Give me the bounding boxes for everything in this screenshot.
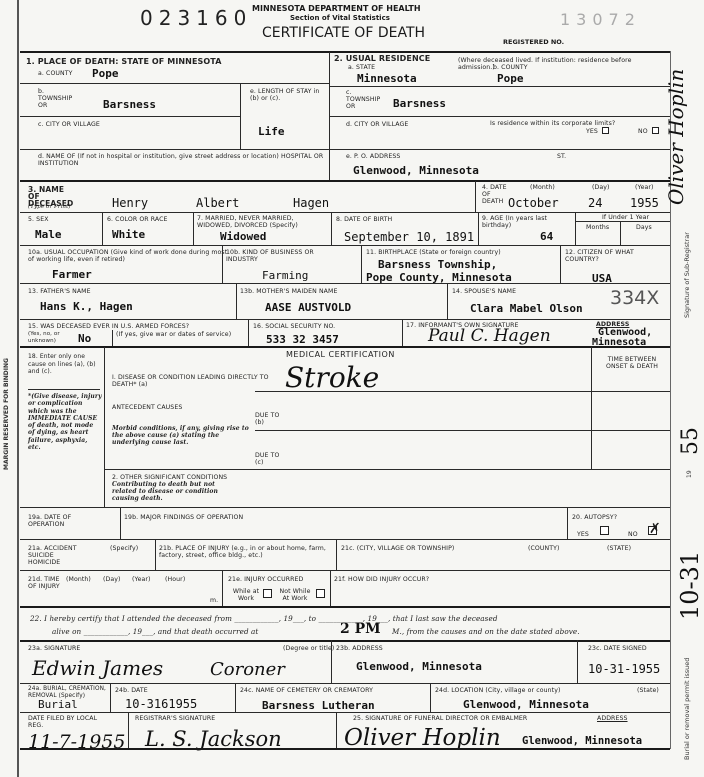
divider: [336, 539, 337, 570]
divider: [336, 712, 337, 748]
date-filed-label: DATE FILED BY LOCAL REG.: [28, 715, 106, 729]
certification-line1: 22. I hereby certify that I attended the…: [30, 615, 498, 622]
divider: [620, 221, 621, 245]
po-address-label: e. P. O. ADDRESS: [346, 153, 400, 160]
age-value: 64: [540, 230, 553, 243]
corporate-limits-label: Is residence within its corporate limits…: [490, 120, 615, 127]
divider: [361, 245, 362, 283]
occupation-value: Farmer: [52, 268, 92, 281]
funeral-address-value: Glenwood, Minnesota: [522, 735, 642, 747]
residence-note: (Where deceased lived. If institution: r…: [458, 57, 668, 71]
while-at-work-label: While at Work: [230, 588, 262, 602]
divider: [102, 212, 103, 245]
sub-registrar-signature: Oliver Hoplin: [664, 69, 688, 205]
po-address-value: Glenwood, Minnesota: [353, 164, 479, 177]
middle-name-value: Albert: [196, 196, 239, 210]
ssn-label: 16. SOCIAL SECURITY NO.: [253, 323, 335, 330]
divider: [193, 212, 194, 245]
divider: [430, 683, 431, 712]
rule: [329, 86, 670, 87]
time-onset-label: TIME BETWEEN ONSET & DEATH: [596, 356, 668, 370]
residence-township-value: Barsness: [393, 97, 446, 110]
rule: [104, 469, 670, 470]
autopsy-label: 20. AUTOPSY?: [572, 514, 617, 521]
county-label: a. COUNTY: [38, 70, 73, 77]
rule: [20, 212, 670, 213]
rule: [20, 570, 670, 571]
rule: [20, 319, 670, 320]
while-at-work-checkbox[interactable]: [263, 589, 272, 598]
death-township-value: Barsness: [103, 98, 156, 111]
cert-address-value: Glenwood, Minnesota: [356, 660, 482, 673]
autopsy-no-label: NO: [628, 531, 638, 538]
date-signed-value: 10-31-1955: [588, 662, 660, 676]
res-city-label: d. CITY OR VILLAGE: [346, 121, 408, 128]
city-label: c. CITY OR VILLAGE: [38, 121, 100, 128]
signature-label: 23a. SIGNATURE: [28, 645, 80, 652]
funeral-director-label: 25. SIGNATURE OF FUNERAL DIRECTOR OR EMB…: [353, 715, 527, 722]
no-label: NO: [638, 128, 648, 135]
cause-a-value: Stroke: [285, 361, 379, 394]
accident-label: 21a. ACCIDENT SUICIDE HOMICIDE: [28, 545, 78, 566]
marital-value: Widowed: [220, 230, 266, 243]
injury-how-label: 21f. HOW DID INJURY OCCUR?: [334, 576, 429, 583]
divider: [222, 570, 223, 606]
divider: [240, 83, 241, 149]
certificate-number: 023160: [140, 6, 252, 30]
rule: [20, 346, 670, 348]
injury-hour-label: (Hour): [165, 576, 185, 583]
armed-forces-label: 15. WAS DECEASED EVER IN U.S. ARMED FORC…: [28, 323, 189, 330]
rule: [20, 180, 670, 182]
divider: [248, 319, 249, 346]
registered-no-label: REGISTERED NO.: [503, 38, 564, 46]
rule: [20, 606, 670, 608]
res-county-label: b. COUNTY: [493, 64, 528, 71]
usual-residence-heading: 2. USUAL RESIDENCE: [334, 55, 430, 62]
burial-date-label: 24b. DATE: [115, 687, 148, 694]
registered-number: 13072: [560, 10, 641, 29]
race-value: White: [112, 228, 145, 241]
rule: [575, 221, 670, 222]
burial-type-value: Burial: [38, 698, 78, 711]
time-of-death-value: 2 PM: [340, 621, 381, 637]
medical-instructions: 18. Enter only one cause on lines (a), (…: [28, 353, 100, 376]
year-label: (Year): [635, 184, 654, 191]
last-name-value: Hagen: [293, 196, 329, 210]
binding-rule: [17, 0, 19, 777]
funeral-address-label: ADDRESS: [597, 715, 628, 722]
dod-year-value: 1955: [630, 196, 659, 210]
divider: [591, 347, 592, 469]
father-label: 13. FATHER'S NAME: [28, 288, 91, 295]
divider: [128, 712, 129, 748]
spouse-label: 14. SPOUSE'S NAME: [452, 288, 516, 295]
citizen-label: 12. CITIZEN OF WHAT COUNTRY?: [565, 249, 660, 263]
rule: [20, 245, 670, 246]
certification-line2a: alive on ____________, 19___, and that d…: [52, 628, 258, 635]
degree-label: (Degree or title): [283, 645, 334, 652]
injury-county-label: (COUNTY): [528, 545, 560, 552]
physician-signature: Edwin James: [32, 656, 163, 680]
informant-signature: Paul C. Hagen: [428, 326, 551, 346]
injury-year-label: (Year): [132, 576, 151, 583]
rule: [329, 149, 670, 150]
birthplace-line1: Barsness Township,: [378, 258, 497, 271]
industry-value: Farming: [262, 269, 308, 282]
rule: [20, 149, 329, 150]
armed-forces-sub2: (If yes, give war or dates of service): [116, 331, 231, 338]
margin-note: 334X: [610, 287, 659, 309]
injury-time-label: 21d. TIME OF INJURY: [28, 576, 68, 590]
rule: [20, 640, 670, 642]
rule: [255, 391, 670, 392]
injury-city-label: 21c. (CITY, VILLAGE OR TOWNSHIP): [341, 545, 454, 552]
first-name-value: Henry: [112, 196, 148, 210]
divider: [222, 245, 223, 283]
dod-label: 4. DATE OF DEATH: [482, 184, 510, 205]
rule: [20, 116, 240, 117]
rule: [20, 683, 670, 684]
sub-registrar-label: Signature of Sub-Registrar: [683, 232, 691, 318]
day-label: (Day): [592, 184, 610, 191]
other-conditions-label: 2. OTHER SIGNIFICANT CONDITIONS: [112, 474, 227, 481]
permit-date-value: 10-31: [676, 551, 704, 620]
other-conditions-sub: Contributing to death but not related to…: [112, 481, 237, 502]
divider: [330, 570, 331, 606]
divider: [560, 245, 561, 283]
marital-label: 7. MARRIED, NEVER MARRIED, WIDOWED, DIVO…: [197, 215, 312, 229]
morbid-label: Morbid conditions, if any, giving rise t…: [112, 425, 252, 446]
burial-location-value: Glenwood, Minnesota: [463, 698, 589, 711]
injury-m-label: m.: [210, 597, 218, 604]
divider: [112, 330, 113, 346]
injury-day-label: (Day): [103, 576, 121, 583]
divider: [478, 212, 479, 245]
top-rule: [20, 51, 670, 53]
corporate-no-checkbox[interactable]: [652, 127, 659, 134]
dob-label: 8. DATE OF BIRTH: [336, 216, 392, 223]
sex-value: Male: [35, 228, 62, 241]
mother-label: 13b. MOTHER'S MAIDEN NAME: [240, 288, 337, 295]
due-c-label: DUE TO (c): [255, 452, 285, 466]
injury-state-label: (STATE): [607, 545, 631, 552]
res-township-label: c. TOWNSHIP OR: [346, 89, 386, 110]
rule: [28, 389, 100, 390]
burial-date-value: 10-3161955: [125, 697, 197, 711]
death-certificate: MARGIN RESERVED FOR BINDING 023160 MINNE…: [0, 0, 704, 777]
age-label: 9. AGE (In years last birthday): [482, 215, 564, 229]
injury-occurred-label: 21e. INJURY OCCURRED: [228, 576, 303, 583]
mother-value: AASE AUSTVOLD: [265, 301, 351, 314]
permit-year-prefix: 19: [686, 470, 693, 478]
state-label: a. STATE: [348, 64, 375, 71]
rule: [20, 83, 329, 84]
document-title: CERTIFICATE OF DEATH: [262, 25, 425, 41]
residence-state-value: Minnesota: [357, 72, 417, 85]
physician-title: Coroner: [210, 659, 285, 680]
cert-address-label: 23b. ADDRESS: [336, 645, 383, 652]
divider: [575, 212, 576, 245]
ssn-value: 533 32 3457: [266, 333, 339, 346]
antecedent-label: ANTECEDENT CAUSES: [112, 404, 182, 411]
due-b-label: DUE TO (b): [255, 412, 285, 426]
divider: [236, 283, 237, 319]
burial-location-label: 24d. LOCATION (City, village or county): [435, 687, 561, 694]
rule: [20, 539, 670, 540]
name-sub: (Type or Print): [28, 204, 71, 211]
divider: [475, 181, 476, 212]
permit-issued-label: Burial or removal permit issued: [683, 658, 691, 760]
residence-county-value: Pope: [497, 72, 524, 85]
divider: [577, 640, 578, 683]
injury-place-label: 21b. PLACE OF INJURY (e.g., in or about …: [159, 545, 334, 559]
death-county-value: Pope: [92, 67, 119, 80]
not-while-work-label: Not While At Work: [276, 588, 314, 602]
rule: [20, 748, 670, 750]
section-title: Section of Vital Statistics: [290, 14, 390, 22]
divider: [155, 539, 156, 570]
occupation-label: 10a. USUAL OCCUPATION (Give kind of work…: [28, 249, 228, 263]
hospital-label: d. NAME OF (If not in hospital or instit…: [38, 153, 328, 167]
cemetery-label: 24c. NAME OF CEMETERY OR CREMATORY: [240, 687, 373, 694]
sex-label: 5. SEX: [28, 216, 49, 223]
registrar-label: REGISTRAR'S SIGNATURE: [135, 715, 215, 722]
armed-forces-sub1: (Yes, no, or unknown): [28, 331, 66, 345]
rule: [20, 507, 670, 508]
rule: [255, 430, 670, 431]
divider: [235, 683, 236, 712]
divider: [331, 212, 332, 245]
autopsy-yes-label: YES: [577, 531, 589, 538]
binding-margin-label: MARGIN RESERVED FOR BINDING: [3, 358, 10, 470]
father-value: Hans K., Hagen: [40, 300, 133, 313]
divider: [447, 283, 448, 319]
not-while-work-checkbox[interactable]: [316, 589, 325, 598]
dod-day-value: 24: [588, 196, 602, 210]
autopsy-no-checkbox[interactable]: ✗: [648, 526, 657, 535]
rule: [20, 712, 670, 713]
divider: [567, 507, 568, 539]
certification-line2b: M., from the causes and on the date stat…: [392, 628, 580, 635]
date-signed-label: 23c. DATE SIGNED: [588, 645, 647, 652]
months-label: Months: [586, 224, 609, 231]
armed-forces-value: No: [78, 332, 91, 345]
under-year-label: If Under 1 Year: [602, 214, 649, 221]
place-of-death-heading: 1. PLACE OF DEATH: STATE OF MINNESOTA: [26, 58, 222, 65]
spouse-value: Clara Mabel Olson: [470, 302, 583, 315]
st-label: ST.: [557, 153, 566, 160]
rule: [329, 116, 670, 117]
yes-label: YES: [586, 128, 598, 135]
dod-month-value: October: [508, 196, 559, 210]
medical-heading: MEDICAL CERTIFICATION: [286, 351, 395, 358]
permit-year-value: 55: [678, 427, 703, 455]
divider: [104, 347, 105, 507]
divider: [120, 507, 121, 539]
birthplace-label: 11. BIRTHPLACE (State or foreign country…: [366, 249, 501, 256]
injury-month-label: (Month): [66, 576, 91, 583]
rule: [20, 283, 670, 284]
operation-date-label: 19a. DATE OF OPERATION: [28, 514, 98, 528]
cemetery-value: Barsness Lutheran: [262, 699, 375, 712]
checkmark-icon: ✗: [649, 521, 661, 537]
immediate-cause-note: *(Give disease, injury or complication w…: [28, 393, 102, 451]
days-label: Days: [636, 224, 652, 231]
autopsy-yes-checkbox[interactable]: [600, 526, 609, 535]
specify-label: (Specify): [110, 545, 138, 552]
month-label: (Month): [530, 184, 555, 191]
race-label: 6. COLOR OR RACE: [107, 216, 168, 223]
burial-state-label: (State): [637, 687, 659, 694]
operation-findings-label: 19b. MAJOR FINDINGS OF OPERATION: [124, 514, 243, 521]
divider: [331, 640, 332, 683]
disease-label: I. DISEASE OR CONDITION LEADING DIRECTLY…: [112, 374, 282, 388]
dob-value: September 10, 1891: [344, 230, 474, 244]
length-of-stay-value: Life: [258, 125, 285, 138]
industry-label: 10b. KIND OF BUSINESS OR INDUSTRY: [226, 249, 326, 263]
divider: [402, 319, 403, 346]
divider: [110, 683, 111, 712]
length-of-stay-label: e. LENGTH OF STAY in (b) or (c).: [250, 88, 320, 102]
township-label: b. TOWNSHIP OR: [38, 88, 78, 109]
corporate-yes-checkbox[interactable]: [602, 127, 609, 134]
department-title: MINNESOTA DEPARTMENT OF HEALTH: [252, 4, 421, 13]
